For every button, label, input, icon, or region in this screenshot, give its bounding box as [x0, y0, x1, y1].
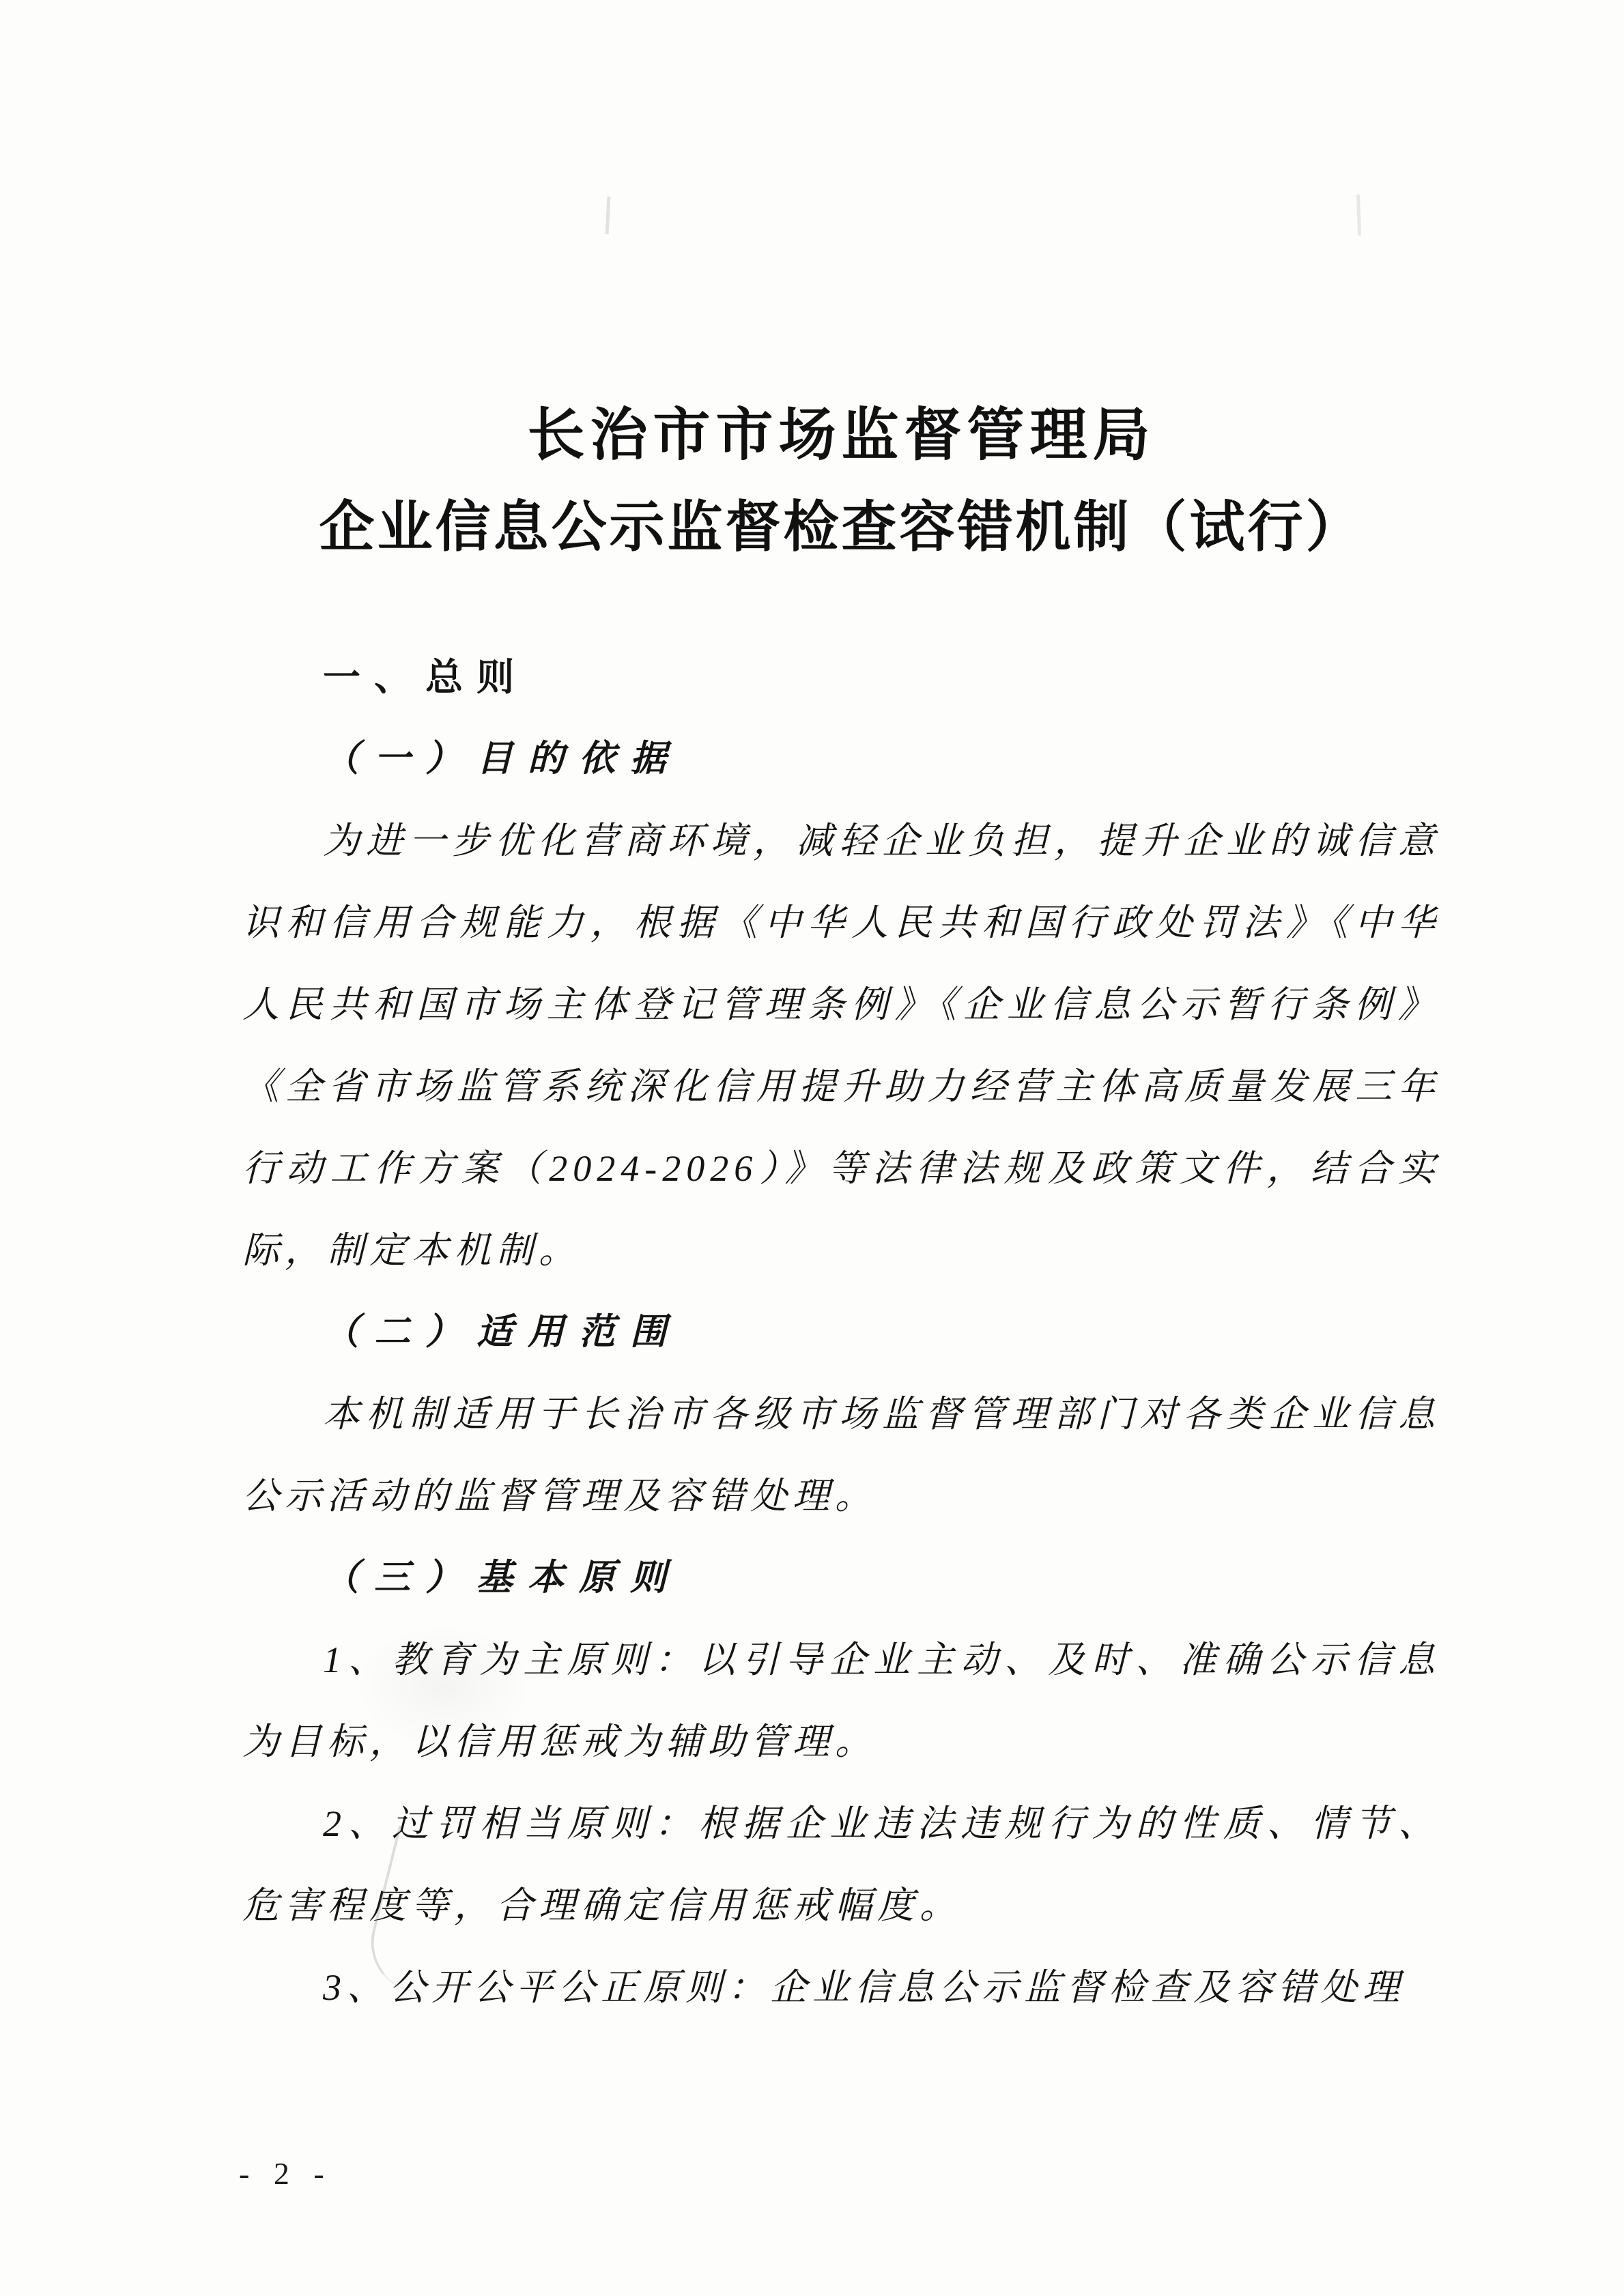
scan-artifact-mark: [606, 197, 611, 234]
document-title: 长治市市场监督管理局 企业信息公示监督检查容错机制（试行）: [242, 390, 1440, 573]
page-number: - 2 -: [239, 2155, 332, 2192]
title-line-1: 长治市市场监督管理局: [242, 390, 1440, 482]
section-1-paragraph: 为进一步优化营商环境，减轻企业负担，提升企业的诚信意识和信用合规能力，根据《中华…: [242, 800, 1440, 1291]
document-body: 一、总则 （一）目的依据 为进一步优化营商环境，减轻企业负担，提升企业的诚信意识…: [242, 636, 1440, 2028]
document-page: 长治市市场监督管理局 企业信息公示监督检查容错机制（试行） 一、总则 （一）目的…: [0, 0, 1624, 2296]
section-3-heading: （三）基本原则: [242, 1537, 1440, 1619]
title-line-2: 企业信息公示监督检查容错机制（试行）: [242, 482, 1440, 573]
scan-artifact-mark: [1356, 195, 1361, 235]
principle-item-3: 3、公开公平公正原则：企业信息公示监督检查及容错处理: [242, 1947, 1440, 2028]
chapter-heading: 一、总则: [242, 636, 1440, 718]
scan-artifact-smudge: [355, 1624, 532, 1747]
section-1-heading: （一）目的依据: [242, 718, 1440, 800]
section-2-heading: （二）适用范围: [242, 1291, 1440, 1373]
section-2-paragraph: 本机制适用于长治市各级市场监督管理部门对各类企业信息公示活动的监督管理及容错处理…: [242, 1373, 1440, 1537]
